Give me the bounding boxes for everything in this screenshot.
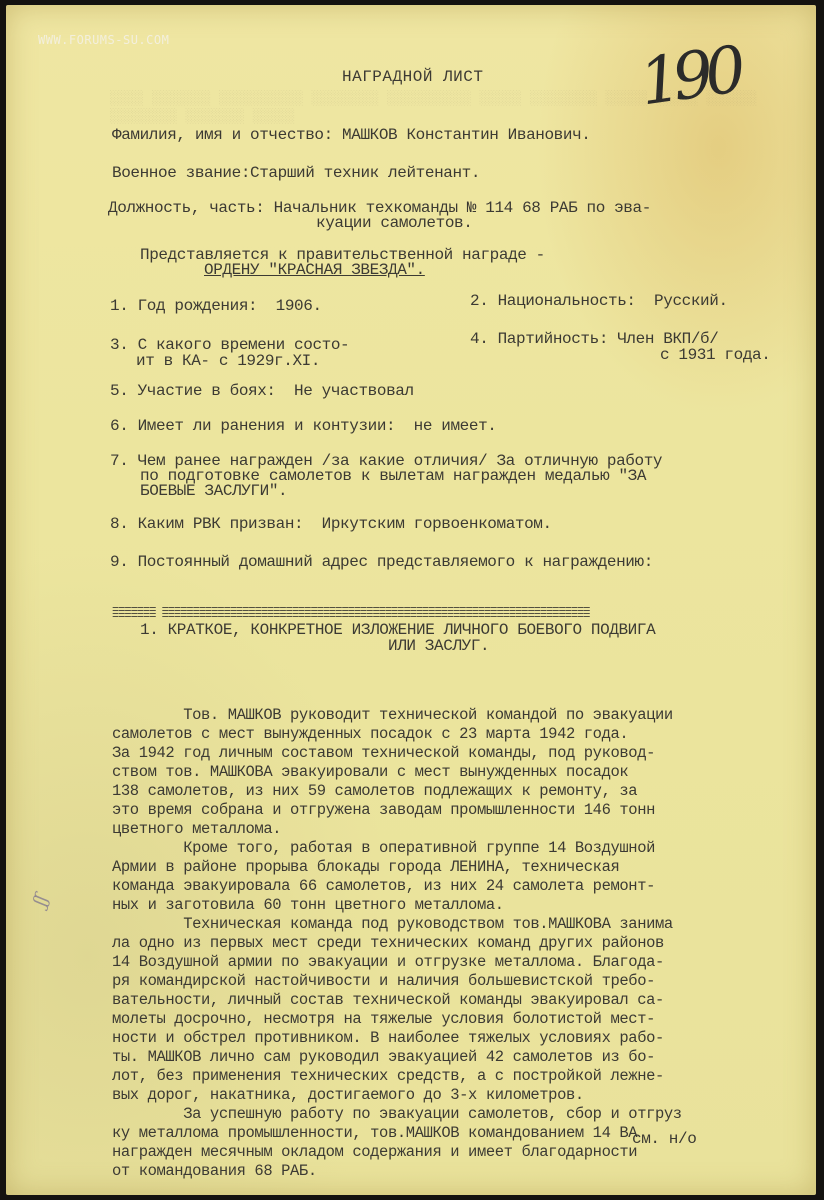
field-label: Должность, часть: (108, 199, 264, 217)
item-birth-year: 1. Год рождения: 1906. (110, 297, 322, 315)
item-wounds: 6. Имеет ли ранения и контузии: не имеет… (110, 417, 497, 435)
text-line: Техническая команда под руководством тов… (112, 915, 682, 934)
text-line: от командования 68 РАБ. (112, 1162, 682, 1181)
item-combat: 5. Участие в боях: Не участвовал (110, 382, 414, 400)
field-label: Военное звание: (112, 164, 250, 182)
text-line: ством тов. МАШКОВА эвакуировали с мест в… (112, 763, 682, 782)
text-line: команда эвакуировала 66 самолетов, из ни… (112, 877, 682, 896)
watermark: WWW.FORUMS-SU.COM (38, 33, 169, 47)
item-home-address: 9. Постоянный домашний адрес представляе… (110, 553, 653, 571)
document-title: НАГРАДНОЙ ЛИСТ (342, 68, 483, 86)
field-position-cont: куации самолетов. (316, 214, 472, 232)
text-line: это время собрана и отгружена заводам пр… (112, 801, 682, 820)
text-line: 14 Воздушной армии по эвакуации и отгруз… (112, 953, 682, 972)
text-line: ты. МАШКОВ лично сам руководил эвакуацие… (112, 1048, 682, 1067)
item-prior-awards-cont2: БОЕВЫЕ ЗАСЛУГИ". (140, 482, 287, 500)
text-line: лот, без применения технических средств,… (112, 1067, 682, 1086)
field-value: Старший техник лейтенант. (250, 164, 480, 182)
field-label: Фамилия, имя и отчество: (112, 126, 333, 144)
item-conscription: 8. Каким РВК призван: Иркутским горвоенк… (110, 515, 552, 533)
item-service-since-cont: ит в КА- с 1929г.XI. (136, 352, 320, 370)
text-line: ла одно из первых мест среди технических… (112, 934, 682, 953)
section-heading-cont: ИЛИ ЗАСЛУГ. (388, 637, 489, 655)
text-line: цветного металлома. (112, 820, 682, 839)
text-line: молеты досрочно, несмотря на тяжелые усл… (112, 1010, 682, 1029)
text-line: ря командирской настойчивости и наличия … (112, 972, 682, 991)
text-line: 138 самолетов, из них 59 самолетов подле… (112, 782, 682, 801)
text-line: Армии в районе прорыва блокады города ЛЕ… (112, 858, 682, 877)
text-line: За успешную работу по эвакуации самолето… (112, 1105, 682, 1124)
text-line: вательности, личный состав технической к… (112, 991, 682, 1010)
merit-description: Тов. МАШКОВ руководит технической команд… (112, 687, 682, 1200)
text-line: Тов. МАШКОВ руководит технической команд… (112, 706, 682, 725)
text-line: Кроме того, работая в оперативной группе… (112, 839, 682, 858)
see-reverse-note: см. н/о (632, 1130, 696, 1148)
item-nationality: 2. Национальность: Русский. (470, 292, 728, 310)
field-full-name: Фамилия, имя и отчество: МАШКОВ Констант… (112, 126, 591, 144)
text-line: ных и заготовила 60 тонн цветного металл… (112, 896, 682, 915)
award-name: ОРДЕНУ "КРАСНАЯ ЗВЕЗДА". (204, 261, 425, 279)
text-line: ку металлома промышленности, тов.МАШКОВ … (112, 1124, 682, 1143)
field-military-rank: Военное звание:Старший техник лейтенант. (112, 164, 480, 182)
item-party-cont: с 1931 года. (660, 346, 770, 364)
text-line: За 1942 год личным составом технической … (112, 744, 682, 763)
field-value: МАШКОВ Константин Иванович. (342, 126, 590, 144)
text-line: вых дорог, накатника, достигаемого до 3-… (112, 1086, 682, 1105)
text-line: самолетов с мест вынужденных посадок с 2… (112, 725, 682, 744)
text-line: награжден месячным окладом содержания и … (112, 1143, 682, 1162)
text-line: ности и обстрел противником. В наиболее … (112, 1029, 682, 1048)
